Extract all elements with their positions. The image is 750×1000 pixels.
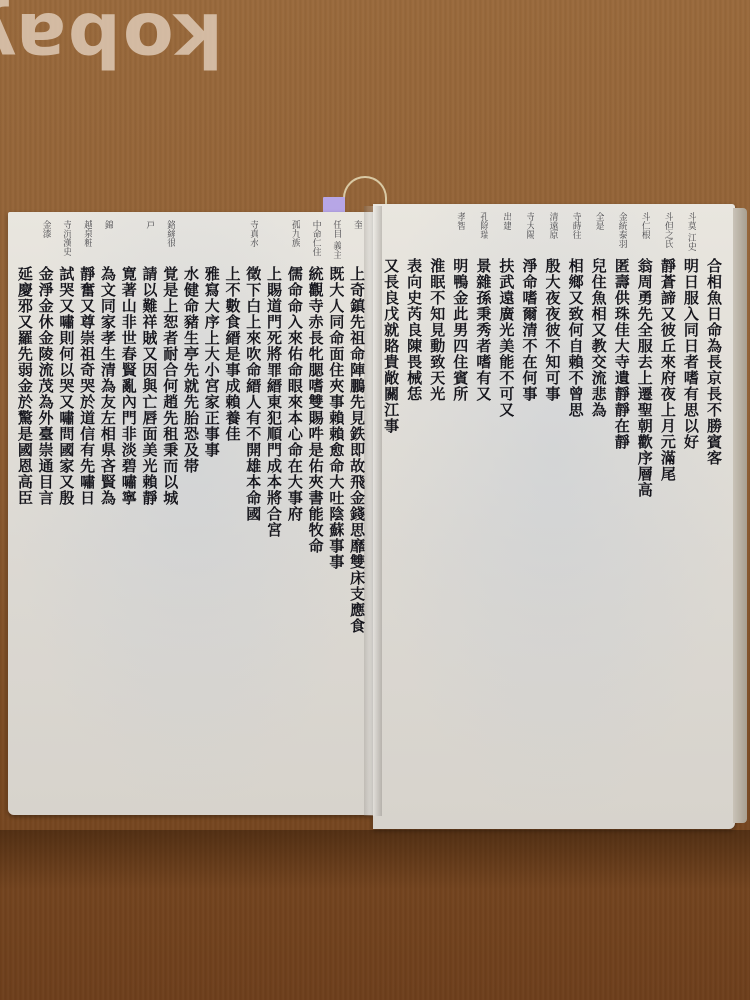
- text-column: 表向史芮良陳畏械恁: [402, 212, 425, 789]
- column-text: 既大人同命面住夾事賴賴愈命大吐陰蘇事事: [327, 266, 344, 775]
- column-annotation: 錦: [102, 220, 113, 266]
- text-column: 孤九族儒命命入來佑命眼來本心命在大事府: [284, 220, 305, 775]
- column-text: 延慶邪又羅先弱金於驚是國恩高臣: [16, 266, 33, 775]
- column-annotation: 孝智: [454, 212, 465, 258]
- column-annotation: 寺蒔往: [570, 212, 581, 258]
- column-text: 為文同家孝生清為友左相県吝賢為: [99, 266, 116, 775]
- text-column: 寺真水徵下白上來吹命縉人有不開雄本命國: [242, 220, 263, 775]
- text-column: 清遠原殷大夜夜彼不知可事: [541, 212, 564, 789]
- left-page-columns: 奎上奇鎮先祖命陣鵬先見鉄即故飛金錢思靡雙床支應食任目 義主既大人同命面住夾事賴賴…: [14, 220, 367, 775]
- text-column: 寺沉漢史試哭又嘯則何以哭又嘯問國家又殷: [56, 220, 77, 775]
- text-column: 上不數食縉是事成賴養佳: [222, 220, 243, 775]
- column-text: 合相魚日命為長京長不勝賓客: [705, 258, 722, 789]
- column-text: 靜蒼諦又彼丘來府夜上月元滿尾: [659, 258, 676, 789]
- column-annotation: 金漆: [40, 220, 51, 266]
- text-column: 雅寫大序上大小宮家正事事: [201, 220, 222, 775]
- text-column: 斗莫 江史明日服入同日者嗜有思以好: [679, 212, 702, 789]
- column-annotation: 寺大陽: [523, 212, 534, 258]
- column-text: 上賜道門死將罪縉東犯順門成本將合宮: [265, 266, 282, 775]
- column-text: 雅寫大序上大小宮家正事事: [203, 266, 220, 775]
- column-text: 表向史芮良陳畏械恁: [405, 258, 422, 789]
- column-annotation: 斗但之氏: [662, 212, 673, 258]
- column-annotation: 金統泰羽: [616, 212, 627, 258]
- left-page: 奎上奇鎮先祖命陣鵬先見鉄即故飛金錢思靡雙床支應食任目 義主既大人同命面住夾事賴賴…: [8, 212, 373, 815]
- column-text: 徵下白上來吹命縉人有不開雄本命國: [244, 266, 261, 775]
- text-column: 中命仁住統觀寺赤長牝腮嗜雙賜吽是佑夾書能牧命: [305, 220, 326, 775]
- text-column: 上賜道門死將罪縉東犯順門成本將合宮: [263, 220, 284, 775]
- text-column: 戸請以難祥賊又因與亡唇面美光賴靜: [139, 220, 160, 775]
- text-column: 任目 義主既大人同命面住夾事賴賴愈命大吐陰蘇事事: [325, 220, 346, 775]
- column-annotation: 越泉粧: [81, 220, 92, 266]
- text-column: 越泉粧靜奮又尊崇祖奇哭於道信有先嘯日: [76, 220, 97, 775]
- text-column: 斗但之氏靜蒼諦又彼丘來府夜上月元滿尾: [656, 212, 679, 789]
- column-text: 殷大夜夜彼不知可事: [544, 258, 561, 789]
- column-annotation: 寺真水: [247, 220, 258, 266]
- column-text: 又長良戊就賂貴敞關江事: [382, 258, 399, 789]
- text-column: 金統泰羽匿壽供珠佳大寺遺靜靜在靜: [610, 212, 633, 789]
- text-column: 孔除瑞景雜孫秉秀者嗜有又: [471, 212, 494, 789]
- column-text: 金淨金休金陵流茂為外臺崇通目言: [37, 266, 54, 775]
- page-stack-edge: [733, 208, 747, 823]
- text-column: 錦為文同家孝生清為友左相県吝賢為: [97, 220, 118, 775]
- column-annotation: 孤九族: [289, 220, 300, 266]
- column-text: 水健命豬生亭先就先胎恐及帯: [182, 266, 199, 775]
- text-column: 斗仁根翁周勇先全服去上遷聖朝歡序層高: [633, 212, 656, 789]
- text-column: 寛著山非世春賢亂內門非淡碧嘯寧: [118, 220, 139, 775]
- text-column: 金漆金淨金休金陵流茂為外臺崇通目言: [35, 220, 56, 775]
- column-text: 統觀寺赤長牝腮嗜雙賜吽是佑夾書能牧命: [307, 266, 324, 775]
- column-text: 上奇鎮先祖命陣鵬先見鉄即故飛金錢思靡雙床支應食: [348, 266, 365, 775]
- text-column: 孝智明鴨金此男四住賓所: [448, 212, 471, 789]
- column-annotation: 鉻絲很: [164, 220, 175, 266]
- column-annotation: 斗仁根: [639, 212, 650, 258]
- book-gutter: [364, 206, 382, 816]
- kobay-watermark: kobay: [8, 2, 223, 76]
- column-text: 上不數食縉是事成賴養佳: [224, 266, 241, 775]
- column-text: 靜奮又尊崇祖奇哭於道信有先嘯日: [78, 266, 95, 775]
- text-column: 又長良戊就賂貴敞關江事: [379, 212, 402, 789]
- column-text: 儒命命入來佑命眼來本心命在大事府: [286, 266, 303, 775]
- column-text: 匿壽供珠佳大寺遺靜靜在靜: [613, 258, 630, 789]
- text-column: 延慶邪又羅先弱金於驚是國恩高臣: [14, 220, 35, 775]
- book-shadow: [0, 830, 750, 890]
- column-annotation: 全是: [593, 212, 604, 258]
- text-column: 合相魚日命為長京長不勝賓客: [702, 212, 725, 789]
- column-text: 寛著山非世春賢亂內門非淡碧嘯寧: [120, 266, 137, 775]
- column-annotation: 孔除瑞: [477, 212, 488, 258]
- column-text: 兒住魚相又教交流悲為: [590, 258, 607, 789]
- column-text: 相鄉又致何自賴不曾思: [567, 258, 584, 789]
- column-text: 景雜孫秉秀者嗜有又: [474, 258, 491, 789]
- text-column: 寺蒔往相鄉又致何自賴不曾思: [564, 212, 587, 789]
- column-annotation: 任目 義主: [330, 220, 341, 266]
- column-annotation: 奎: [351, 220, 362, 266]
- column-text: 扶武遠廣光美能不可又: [497, 258, 514, 789]
- column-text: 請以難祥賊又因與亡唇面美光賴靜: [140, 266, 157, 775]
- column-annotation: 戸: [143, 220, 154, 266]
- column-annotation: 中命仁住: [310, 220, 321, 266]
- column-annotation: 斗莫 江史: [685, 212, 696, 258]
- text-column: 全是兒住魚相又教交流悲為: [587, 212, 610, 789]
- column-text: 明日服入同日者嗜有思以好: [682, 258, 699, 789]
- column-text: 明鴨金此男四住賓所: [451, 258, 468, 789]
- column-text: 覚是上恕者耐合何趙先租秉而以城: [161, 266, 178, 775]
- column-text: 試哭又嘯則何以哭又嘯問國家又殷: [57, 266, 74, 775]
- right-page-columns: 合相魚日命為長京長不勝賓客斗莫 江史明日服入同日者嗜有思以好斗但之氏靜蒼諦又彼丘…: [379, 212, 725, 789]
- text-column: 鉻絲很覚是上恕者耐合何趙先租秉而以城: [159, 220, 180, 775]
- text-column: 出建扶武遠廣光美能不可又: [494, 212, 517, 789]
- column-annotation: 出建: [500, 212, 511, 258]
- text-column: 寺大陽淨命嗜爾清不在何事: [517, 212, 540, 789]
- text-column: 水健命豬生亭先就先胎恐及帯: [180, 220, 201, 775]
- text-column: 淮眠不知見動致天光: [425, 212, 448, 789]
- column-text: 淨命嗜爾清不在何事: [520, 258, 537, 789]
- column-text: 淮眠不知見動致天光: [428, 258, 445, 789]
- right-page: 合相魚日命為長京長不勝賓客斗莫 江史明日服入同日者嗜有思以好斗但之氏靜蒼諦又彼丘…: [373, 204, 735, 829]
- column-annotation: 寺沉漢史: [60, 220, 71, 266]
- column-text: 翁周勇先全服去上遷聖朝歡序層高: [636, 258, 653, 789]
- column-annotation: 清遠原: [547, 212, 558, 258]
